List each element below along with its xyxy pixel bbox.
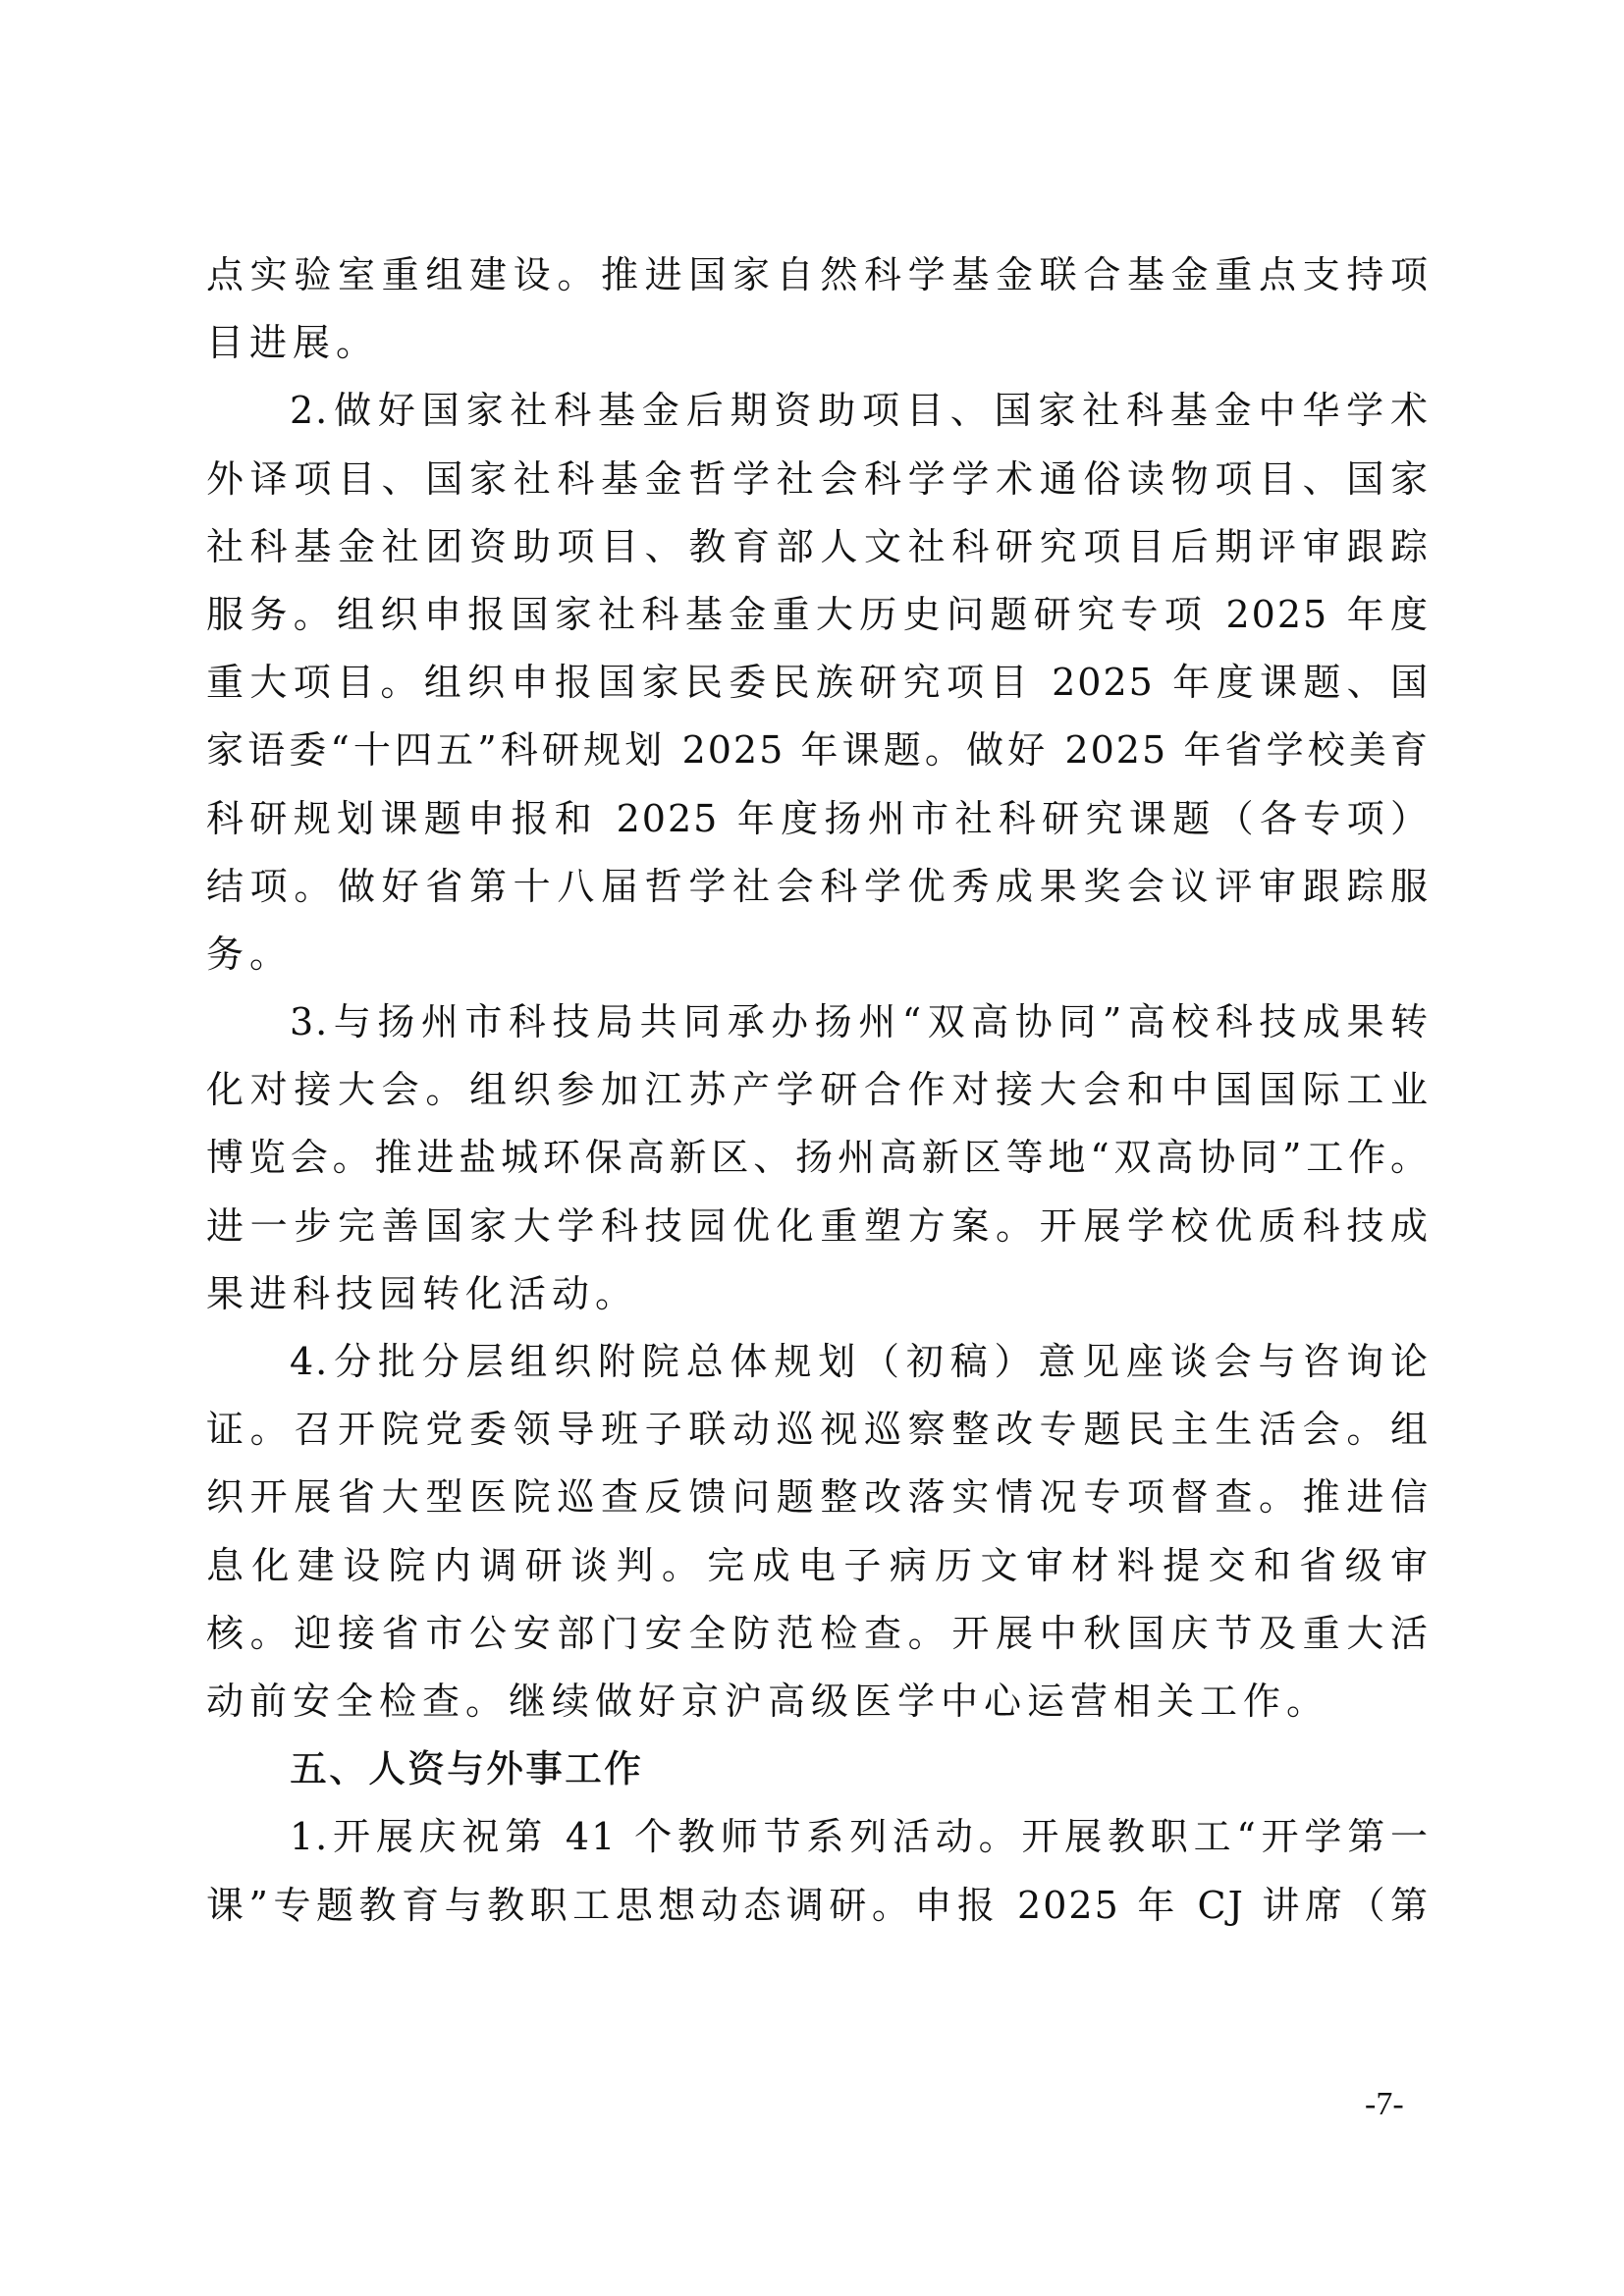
text-line: 息化建设院内调研谈判。完成电子病历文审材料提交和省级审 [206,1532,1430,1600]
text-line: 进一步完善国家大学科技园优化重塑方案。开展学校优质科技成 [206,1193,1430,1260]
page-number: -7- [1365,2086,1404,2123]
text-line: 重大项目。组织申报国家民委民族研究项目 2025 年度课题、国 [206,649,1430,717]
text-line: 务。 [206,921,1430,988]
document-page: 点实验室重组建设。推进国家自然科学基金联合基金重点支持项 目进展。 2.做好国家… [0,0,1624,2296]
text-line: 服务。组织申报国家社科基金重大历史问题研究专项 2025 年度 [206,581,1430,649]
paragraph-3-start: 3.与扬州市科技局共同承办扬州“双高协同”高校科技成果转 [206,988,1430,1056]
text-line: 目进展。 [206,309,1430,377]
text-line: 化对接大会。组织参加江苏产学研合作对接大会和中国国际工业 [206,1056,1430,1124]
text-line: 博览会。推进盐城环保高新区、扬州高新区等地“双高协同”工作。 [206,1124,1430,1192]
text-line: 科研规划课题申报和 2025 年度扬州市社科研究课题（各专项） [206,785,1430,853]
text-line: 证。召开院党委领导班子联动巡视巡察整改专题民主生活会。组 [206,1396,1430,1464]
body-text: 点实验室重组建设。推进国家自然科学基金联合基金重点支持项 目进展。 2.做好国家… [206,241,1430,1940]
text-line: 点实验室重组建设。推进国家自然科学基金联合基金重点支持项 [206,241,1430,309]
text-line: 核。迎接省市公安部门安全防范检查。开展中秋国庆节及重大活 [206,1600,1430,1668]
text-line: 织开展省大型医院巡查反馈问题整改落实情况专项督查。推进信 [206,1464,1430,1531]
text-line: 结项。做好省第十八届哲学社会科学优秀成果奖会议评审跟踪服 [206,853,1430,921]
paragraph-2-start: 2.做好国家社科基金后期资助项目、国家社科基金中华学术 [206,377,1430,445]
text-line: 社科基金社团资助项目、教育部人文社科研究项目后期评审跟踪 [206,513,1430,581]
text-line: 果进科技园转化活动。 [206,1260,1430,1328]
text-line: 动前安全检查。继续做好京沪高级医学中心运营相关工作。 [206,1668,1430,1735]
section-heading: 五、人资与外事工作 [206,1735,1430,1803]
text-line: 外译项目、国家社科基金哲学社会科学学术通俗读物项目、国家 [206,446,1430,513]
paragraph-4-start: 4.分批分层组织附院总体规划（初稿）意见座谈会与咨询论 [206,1328,1430,1396]
text-line: 课”专题教育与教职工思想动态调研。申报 2025 年 CJ 讲席（第 [206,1872,1430,1940]
text-line: 家语委“十四五”科研规划 2025 年课题。做好 2025 年省学校美育 [206,717,1430,784]
paragraph-5-1-start: 1.开展庆祝第 41 个教师节系列活动。开展教职工“开学第一 [206,1803,1430,1871]
